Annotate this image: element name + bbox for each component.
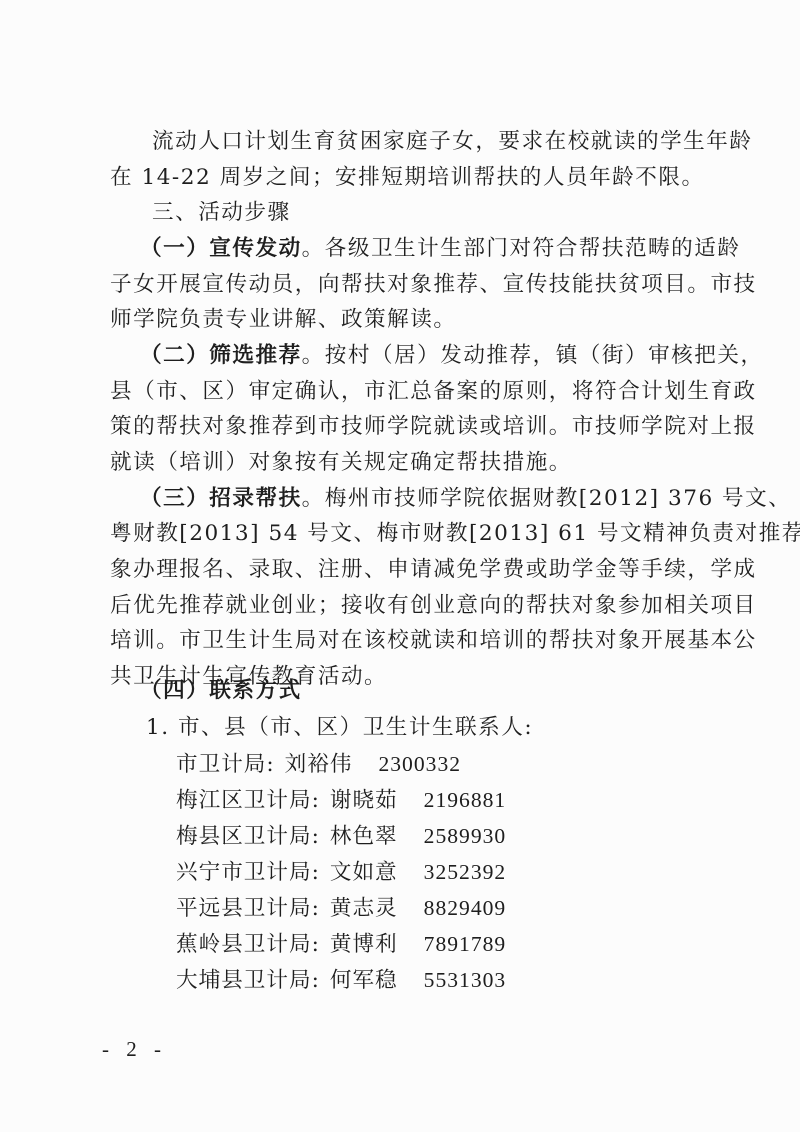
document-page: 流动人口计划生育贫困家庭子女，要求在校就读的学生年龄 在 14-22 周岁之间；…: [0, 0, 800, 1132]
contact-org: 梅江区卫计局:: [176, 783, 320, 819]
paragraph-line: 培训。市卫生计生局对在该校就读和培训的帮扶对象开展基本公: [110, 623, 716, 659]
step1-text: 。各级卫生计生部门对符合帮扶范畴的适龄: [302, 236, 741, 261]
paragraph-line: 县（市、区）审定确认，市汇总备案的原则，将符合计划生育政: [110, 374, 716, 410]
contact-row: 兴宁市卫计局:文如意3252392: [176, 854, 506, 890]
step2-heading: （二）筛选推荐: [140, 343, 302, 368]
paragraph-line: 粤财教[2013] 54 号文、梅市财教[2013] 61 号文精神负责对推荐对: [110, 516, 716, 552]
step1-heading: （一）宣传发动: [140, 236, 302, 261]
paragraph-line: 在 14-22 周岁之间；安排短期培训帮扶的人员年龄不限。: [110, 160, 716, 196]
contact-name: 何军稳: [330, 963, 398, 999]
contacts-subheading: 1. 市、县（市、区）卫生计生联系人:: [146, 710, 710, 746]
contact-row: 梅县区卫计局:林色翠2589930: [176, 818, 506, 854]
paragraph-line: 策的帮扶对象推荐到市技师学院就读或培训。市技师学院对上报: [110, 409, 716, 445]
paragraph-line: 流动人口计划生育贫困家庭子女，要求在校就读的学生年龄: [152, 124, 716, 160]
contact-name: 谢晓茹: [330, 783, 398, 819]
contact-phone: 7891789: [424, 926, 507, 962]
contact-org: 大埔县卫计局:: [176, 963, 320, 999]
paragraph-line: 后优先推荐就业创业；接收有创业意向的帮扶对象参加相关项目: [110, 588, 716, 624]
contact-org: 蕉岭县卫计局:: [176, 927, 320, 963]
step1-first-line: （一）宣传发动。各级卫生计生部门对符合帮扶范畴的适龄: [140, 231, 716, 267]
contact-phone: 2589930: [424, 818, 507, 854]
step3-heading: （三）招录帮扶: [140, 486, 302, 511]
contact-phone: 5531303: [424, 962, 507, 998]
step2-text: 。按村（居）发动推荐，镇（街）审核把关，: [302, 343, 764, 368]
page-number: - 2 -: [102, 1034, 167, 1064]
contact-phone: 8829409: [424, 890, 507, 926]
step4-heading: （四）联系方式: [140, 673, 704, 709]
contact-phone: 2300332: [378, 746, 461, 782]
contact-row: 蕉岭县卫计局:黄博利7891789: [176, 926, 506, 962]
section-title: 三、活动步骤: [152, 195, 716, 231]
paragraph-line: 就读（培训）对象按有关规定确定帮扶措施。: [110, 445, 716, 481]
step2-first-line: （二）筛选推荐。按村（居）发动推荐，镇（街）审核把关，: [140, 338, 716, 374]
contact-name: 林色翠: [330, 819, 398, 855]
paragraph-line: 师学院负责专业讲解、政策解读。: [110, 302, 716, 338]
contact-name: 文如意: [330, 855, 398, 891]
contact-row: 梅江区卫计局:谢晓茹2196881: [176, 782, 506, 818]
paragraph-line: 子女开展宣传动员，向帮扶对象推荐、宣传技能扶贫项目。市技: [110, 267, 716, 303]
paragraph-line: 象办理报名、录取、注册、申请减免学费或助学金等手续，学成: [110, 552, 716, 588]
step3-text: 。梅州市技师学院依据财教[2012] 376 号文、: [302, 486, 792, 511]
contact-org: 市卫计局:: [176, 747, 275, 783]
contact-phone: 2196881: [424, 782, 507, 818]
contact-phone: 3252392: [424, 854, 507, 890]
contact-row: 市卫计局:刘裕伟2300332: [176, 746, 461, 782]
step3-first-line: （三）招录帮扶。梅州市技师学院依据财教[2012] 376 号文、: [140, 481, 716, 517]
contact-org: 平远县卫计局:: [176, 891, 320, 927]
contact-row: 大埔县卫计局:何军稳5531303: [176, 962, 506, 998]
contact-org: 兴宁市卫计局:: [176, 855, 320, 891]
contact-name: 黄志灵: [330, 891, 398, 927]
contact-name: 黄博利: [330, 927, 398, 963]
contact-org: 梅县区卫计局:: [176, 819, 320, 855]
contact-name: 刘裕伟: [285, 747, 353, 783]
contact-row: 平远县卫计局:黄志灵8829409: [176, 890, 506, 926]
